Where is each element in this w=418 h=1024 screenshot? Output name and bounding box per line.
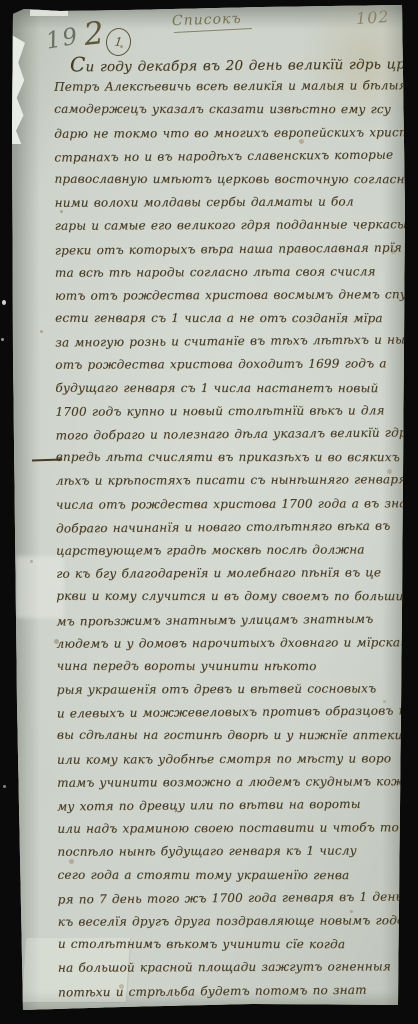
manuscript-line: Си году декабря въ 20 день великïй гдрь …: [54, 50, 400, 76]
manuscript-line: и елевыхъ и можжевеловыхъ противъ образц…: [57, 700, 403, 726]
archive-mark-number: 19: [44, 23, 81, 54]
archive-mark-flourish: 2: [82, 15, 105, 53]
manuscript-line: или надъ храминою своею поставити и чтоб…: [57, 816, 403, 841]
manuscript-line: сего года а стояти тому украшенïю генва: [58, 863, 404, 886]
manuscript-line: отъ рождества христова доходитъ 1699 год…: [55, 353, 401, 378]
manuscript-line: Петръ Алексѣевичь всеѣ великïя и малыя и…: [54, 74, 400, 99]
manuscript-line: или кому какъ удобнѣе смотря по мѣсту и …: [57, 747, 403, 772]
photograph-background: Списокъ 102 19 2 1 Си году декабря въ 20…: [0, 0, 418, 1024]
manuscript-line: на большой красной площади зажгутъ огнен…: [58, 956, 404, 981]
manuscript-line: та всѣ тѣ народы согласно лѣта своя счис…: [55, 260, 401, 285]
manuscript-line: рыя украшенïя отъ древъ и вѣтвей сосновы…: [57, 677, 403, 702]
manuscript-line: ютъ отъ рождества христова восмымъ днемъ…: [55, 283, 401, 308]
manuscript-line: къ веселïя другъ друга поздравляюще новы…: [58, 909, 404, 934]
manuscript-line: го къ бгу благодаренïя и молебнаго пѣнïя…: [56, 561, 402, 586]
manuscript-page: Списокъ 102 19 2 1 Си году декабря въ 20…: [0, 0, 418, 1024]
manuscript-line: му хотя по древцу или по вѣтви на вороты: [57, 792, 403, 818]
manuscript-line: впредь лѣта счисляти въ приказѣхъ и во в…: [56, 446, 402, 469]
manuscript-line: православную имѣютъ церковь восточную со…: [54, 168, 400, 191]
folio-number: 102: [355, 7, 390, 28]
manuscript-line: того добраго и полезнаго дѣла указалъ ве…: [56, 421, 402, 447]
dust-speck: [1, 338, 4, 341]
manuscript-line: странахъ но и въ народѣхъ славенскихъ ко…: [54, 143, 400, 169]
manuscript-line: будущаго генваря съ 1 числа настанетъ но…: [55, 376, 401, 399]
manuscript-line: и столѣтнимъ вѣкомъ учинити сïе когда: [58, 933, 404, 956]
paper-tear-top-edge: [30, 6, 68, 16]
manuscript-text: Си году декабря въ 20 день великïй гдрь …: [54, 51, 404, 1003]
manuscript-line: самодержецъ указалъ сказати извѣстно ему…: [54, 98, 400, 121]
paper-tear-left-edge: [10, 34, 25, 144]
manuscript-line: ря по 7 день того жъ 1700 года генваря в…: [58, 885, 404, 911]
manuscript-line: числа отъ рождества христова 1700 года а…: [56, 492, 402, 517]
dust-speck: [3, 785, 6, 788]
manuscript-line: людемъ и у домовъ нарочитыхъ дховнаго и …: [56, 631, 402, 656]
manuscript-line: мъ проѣзжимъ знатнымъ улицамъ знатнымъ: [56, 607, 402, 633]
manuscript-line: за многую рознь и считанïе въ тѣхъ лѣтѣх…: [55, 329, 401, 355]
manuscript-line: вы сдѣланы на гостинѣ дворѣ и у нижнïе а…: [57, 724, 403, 747]
manuscript-line: дарю не токмо что во многихъ европейских…: [54, 121, 400, 146]
manuscript-line: чина передъ вороты учинити нѣкото: [57, 655, 403, 678]
manuscript-line: потѣхи и стрѣльба будетъ потомъ по знат: [58, 978, 404, 1004]
manuscript-line: тамъ учинити возможно а людемъ скуднымъ …: [57, 770, 403, 795]
manuscript-line: поспѣло нынѣ будущаго генваря къ 1 числу: [57, 840, 403, 865]
manuscript-line: ними волохи молдавы сербы далматы и бол: [55, 190, 401, 215]
manuscript-line: ести генваря съ 1 числа а не отъ созданï…: [55, 307, 401, 330]
manuscript-line: лѣхъ и крѣпостяхъ писати съ нынѣшняго ге…: [56, 469, 402, 494]
manuscript-line: царствующемъ градѣ москвѣ послѣ должна: [56, 538, 402, 563]
manuscript-line: греки отъ которыхъ вѣра наша православна…: [55, 236, 401, 262]
manuscript-line: добраго начинанïя и новаго столѣтняго вѣ…: [56, 514, 402, 540]
manuscript-line: гары и самые его великого гдря подданные…: [55, 214, 401, 239]
dust-speck: [2, 300, 6, 305]
manuscript-line: ркви и кому случится и въ дому своемъ по…: [56, 585, 402, 608]
manuscript-line: 1700 годъ купно и новый столѣтнïй вѣкъ и…: [55, 399, 401, 424]
header-label: Списокъ: [172, 11, 242, 29]
